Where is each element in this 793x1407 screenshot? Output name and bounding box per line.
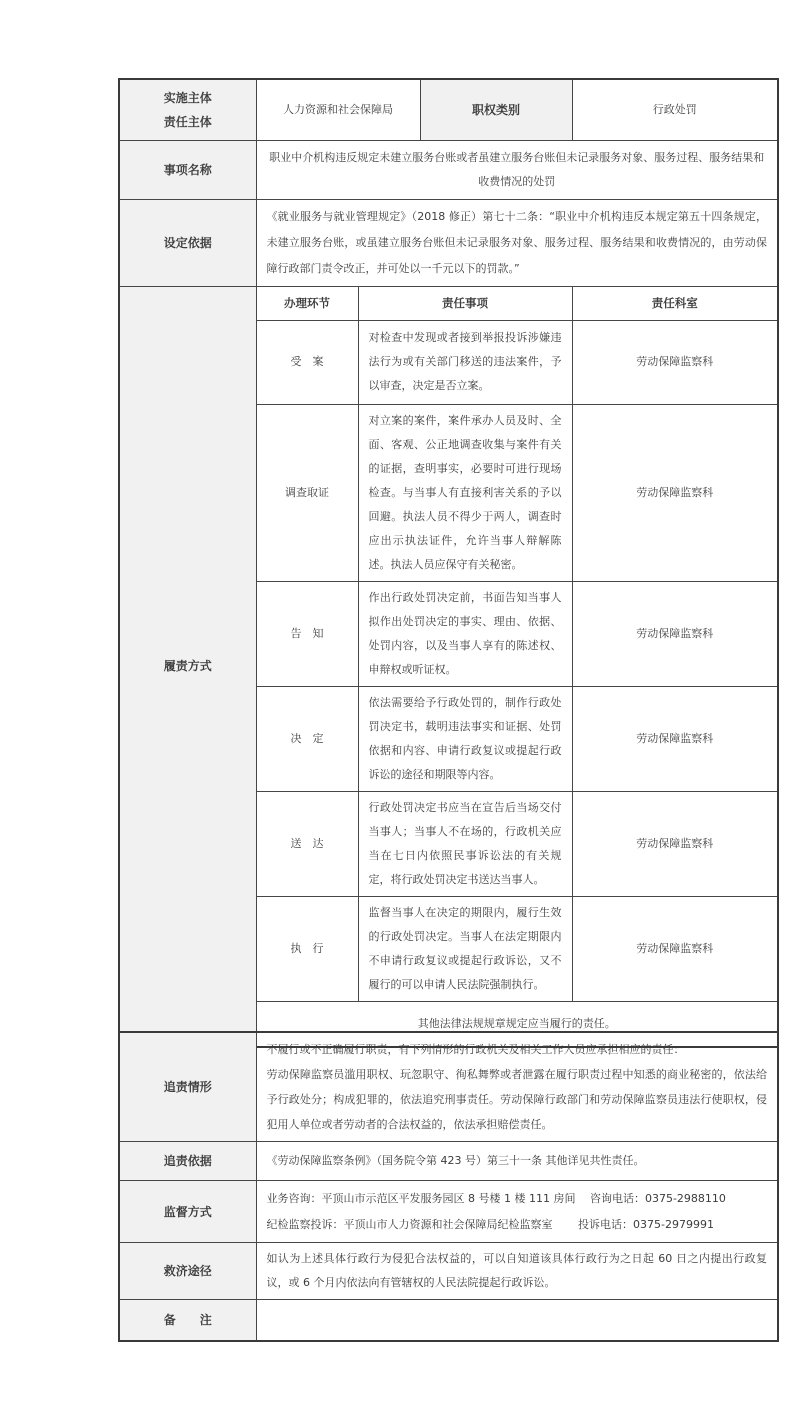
remedy-value: 如认为上述具体行政行为侵犯合法权益的，可以自知道该具体行政行为之日起 60 日之… — [256, 1243, 778, 1300]
table-row: 设定依据 《就业服务与就业管理规定》（2018 修正）第七十二条：“职业中介机构… — [119, 199, 778, 286]
supervision-label: 监督方式 — [119, 1181, 256, 1243]
remark-label: 备 注 — [119, 1300, 256, 1341]
table-row: 救济途径 如认为上述具体行政行为侵犯合法权益的，可以自知道该具体行政行为之日起 … — [119, 1243, 778, 1300]
remark-value — [256, 1300, 778, 1341]
table-row: 实施主体 责任主体 人力资源和社会保障局 职权类别 行政处罚 — [119, 79, 778, 140]
duty-step: 告 知 — [256, 581, 358, 686]
duty-office: 劳动保障监察科 — [572, 896, 778, 1001]
duty-desc: 对立案的案件，案件承办人员及时、全面、客观、公正地调查收集与案件有关的证据，查明… — [358, 404, 572, 581]
power-duty-table: 实施主体 责任主体 人力资源和社会保障局 职权类别 行政处罚 事项名称 职业中介… — [118, 78, 779, 1048]
accountability-basis-value: 《劳动保障监察条例》（国务院令第 423 号）第三十一条 其他详见共性责任。 — [256, 1142, 778, 1181]
duty-section-label: 履责方式 — [119, 286, 256, 1047]
duty-step: 送 达 — [256, 791, 358, 896]
duty-desc: 行政处罚决定书应当在宣告后当场交付当事人；当事人不在场的，行政机关应当在七日内依… — [358, 791, 572, 896]
table-row: 追责依据 《劳动保障监察条例》（国务院令第 423 号）第三十一条 其他详见共性… — [119, 1142, 778, 1181]
duty-step: 决 定 — [256, 686, 358, 791]
duty-desc: 依法需要给予行政处罚的，制作行政处罚决定书，载明违法事实和证据、处罚依据和内容、… — [358, 686, 572, 791]
item-name-value: 职业中介机构违反规定未建立服务台账或者虽建立服务台账但未记录服务对象、服务过程、… — [256, 140, 778, 199]
duty-office: 劳动保障监察科 — [572, 791, 778, 896]
table-row: 事项名称 职业中介机构违反规定未建立服务台账或者虽建立服务台账但未记录服务对象、… — [119, 140, 778, 199]
duty-header-duty: 责任事项 — [358, 286, 572, 320]
table-row: 备 注 — [119, 1300, 778, 1341]
duty-header-office: 责任科室 — [572, 286, 778, 320]
table-row: 追责情形 不履行或不正确履行职责，有下列情形的行政机关及相关工作人员应承担相应的… — [119, 1032, 778, 1142]
duty-office: 劳动保障监察科 — [572, 404, 778, 581]
accountability-label: 追责情形 — [119, 1032, 256, 1142]
duty-desc: 对检查中发现或者接到举报投诉涉嫌违法行为或有关部门移送的违法案件，予以审查，决定… — [358, 320, 572, 404]
accountability-value: 不履行或不正确履行职责，有下列情形的行政机关及相关工作人员应承担相应的责任： 劳… — [256, 1032, 778, 1142]
supervision-value: 业务咨询：平顶山市示范区平发服务园区 8 号楼 1 楼 111 房间 咨询电话：… — [256, 1181, 778, 1243]
subject-value: 人力资源和社会保障局 — [256, 79, 420, 140]
subject-label: 实施主体 责任主体 — [119, 79, 256, 140]
accountability-basis-label: 追责依据 — [119, 1142, 256, 1181]
duty-step: 受 案 — [256, 320, 358, 404]
power-type-label: 职权类别 — [420, 79, 572, 140]
duty-subtable-header: 履责方式 办理环节 责任事项 责任科室 — [119, 286, 778, 320]
duty-step: 执 行 — [256, 896, 358, 1001]
basis-label: 设定依据 — [119, 199, 256, 286]
power-type-value: 行政处罚 — [572, 79, 778, 140]
table-row: 监督方式 业务咨询：平顶山市示范区平发服务园区 8 号楼 1 楼 111 房间 … — [119, 1181, 778, 1243]
basis-value: 《就业服务与就业管理规定》（2018 修正）第七十二条：“职业中介机构违反本规定… — [256, 199, 778, 286]
duty-office: 劳动保障监察科 — [572, 581, 778, 686]
item-name-label: 事项名称 — [119, 140, 256, 199]
duty-desc: 作出行政处罚决定前，书面告知当事人拟作出处罚决定的事实、理由、依据、处罚内容，以… — [358, 581, 572, 686]
duty-office: 劳动保障监察科 — [572, 686, 778, 791]
accountability-table: 追责情形 不履行或不正确履行职责，有下列情形的行政机关及相关工作人员应承担相应的… — [118, 1031, 779, 1342]
duty-office: 劳动保障监察科 — [572, 320, 778, 404]
duty-step: 调查取证 — [256, 404, 358, 581]
duty-desc: 监督当事人在决定的期限内，履行生效的行政处罚决定。当事人在法定期限内不申请行政复… — [358, 896, 572, 1001]
duty-header-step: 办理环节 — [256, 286, 358, 320]
remedy-label: 救济途径 — [119, 1243, 256, 1300]
